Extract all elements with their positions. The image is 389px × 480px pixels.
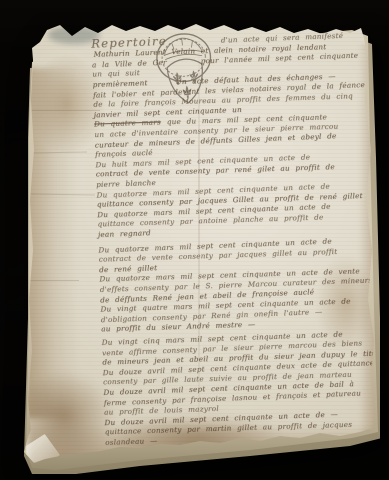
paper-crease	[31, 193, 95, 195]
photo-background: Repertoired'un acte qui sera manifestéMa…	[0, 0, 389, 480]
paper-stack: Repertoired'un acte qui sera manifestéMa…	[0, 0, 389, 480]
paper-crease	[29, 280, 79, 281]
handwriting-segment: jean regnard	[98, 228, 151, 239]
handwriting-segment: pierre blanche	[96, 178, 156, 189]
paper-crease	[30, 110, 100, 111]
handwriting-layer: Repertoired'un acte qui sera manifestéMa…	[94, 28, 384, 447]
handwriting-segment: françois auclé	[95, 148, 153, 159]
handwriting-segment: oslandeau —	[105, 436, 158, 447]
paper-crease	[29, 151, 87, 153]
handwriting-segment: premièrement	[92, 78, 147, 89]
handwriting-segment: un qui suit	[92, 68, 140, 78]
handwriting-segment: Du quatre mars	[94, 117, 161, 128]
paper-stain	[26, 68, 78, 418]
manuscript-page: Repertoired'un acte qui sera manifestéMa…	[20, 18, 380, 474]
